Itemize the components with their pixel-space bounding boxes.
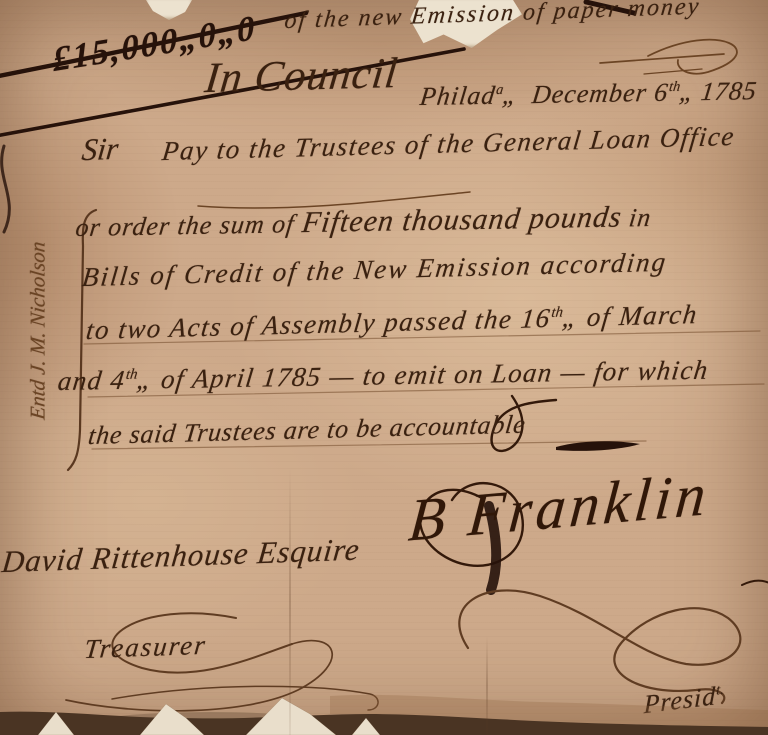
acts-line-suffix: „ of March xyxy=(561,299,700,333)
april-line-suffix: „ of April 1785 — to emit on Loan — for … xyxy=(135,355,710,395)
torn-white-spike-3 xyxy=(246,698,336,735)
bottom-stain-blotch xyxy=(80,712,340,735)
paper-crease-right xyxy=(486,636,488,735)
franklin-signature: B Franklin xyxy=(406,460,713,556)
torn-white-spike-2 xyxy=(140,704,204,735)
sum-line: or order the sum of Fifteen thousand pou… xyxy=(74,200,654,244)
pound-sign-partial-stroke xyxy=(2,146,10,232)
council-heading: In Council xyxy=(202,49,400,103)
date-strike-line-1 xyxy=(600,54,724,63)
torn-white-spike-4 xyxy=(352,718,380,735)
place-separator: „ xyxy=(501,80,520,109)
franklin-ending-swash xyxy=(742,581,768,588)
place-date-line: Philada„December 6th„1785 xyxy=(418,76,759,112)
acts-of-assembly-line: to two Acts of Assembly passed the 16th„… xyxy=(84,299,699,346)
paper-tear-top-left xyxy=(146,0,192,20)
date-strike-line-2 xyxy=(644,69,702,74)
acts-line-prefix: to two Acts of Assembly passed the 16 xyxy=(85,303,553,345)
treasurer-name: David Rittenhouse Esquire xyxy=(0,532,361,581)
april-line-prefix: and 4 xyxy=(56,365,127,396)
treasurer-title: Treasurer xyxy=(83,630,209,665)
president-title-main: Presid xyxy=(643,681,716,719)
place-name: Philad xyxy=(418,81,497,111)
president-title: Presidt. xyxy=(643,680,723,720)
paper-crease-left xyxy=(289,468,291,735)
date-separator: „ xyxy=(678,77,697,106)
money-word-curl xyxy=(648,40,737,74)
president-title-superscript: t. xyxy=(716,682,724,699)
accountable-line: the said Trustees are to be accountable xyxy=(87,410,528,452)
date-month-day: December 6 xyxy=(530,78,670,109)
salutation: Sir xyxy=(80,131,120,168)
torn-white-spike-1 xyxy=(38,712,74,735)
document-scan: £15,000„0„0 of the new Emission of paper… xyxy=(0,0,768,735)
april-act-line: and 4th„ of April 1785 — to emit on Loan… xyxy=(56,355,710,397)
pay-order-line: Pay to the Trustees of the General Loan … xyxy=(160,121,736,167)
sum-line-prefix: or order the sum of xyxy=(74,209,304,242)
treasurer-underline-sweep xyxy=(112,686,378,710)
date-year: 1785 xyxy=(699,76,759,106)
accountable-heavy-dash xyxy=(556,441,640,451)
margin-entry-note: Entd J. M. Nicholson xyxy=(26,179,51,482)
sum-line-suffix: in xyxy=(620,203,653,233)
bills-of-credit-line: Bills of Credit of the New Emission acco… xyxy=(80,247,669,293)
sum-amount-words: Fifteen thousand pounds xyxy=(300,200,624,239)
